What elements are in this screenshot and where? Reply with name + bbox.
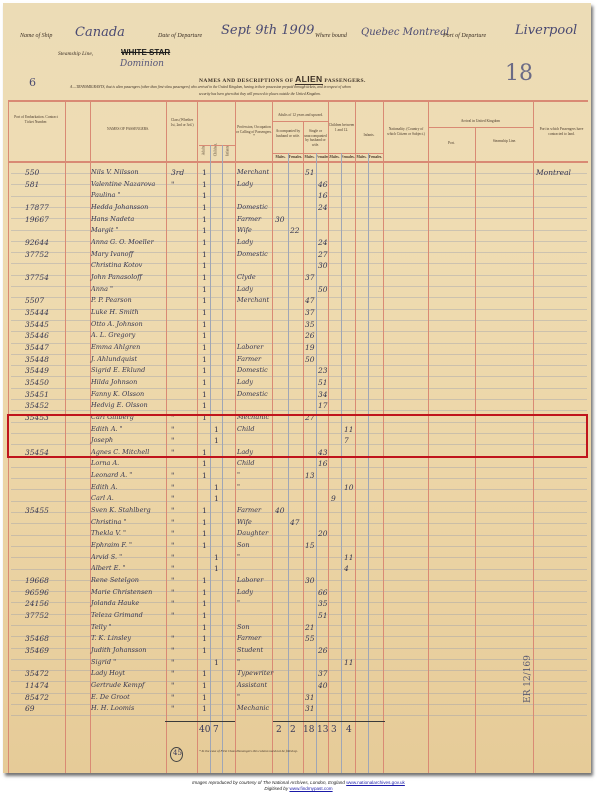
- cell-name: Sigrid ": [91, 657, 166, 668]
- cell-port_land: [536, 563, 586, 574]
- cell-sm: [305, 179, 316, 190]
- steamship-line-label: Steamship Line,: [58, 51, 93, 57]
- cell-name: Thekla V. ": [91, 528, 166, 539]
- cell-occ: Domestic: [237, 202, 273, 213]
- cell-cf: [344, 249, 355, 260]
- cell-af: 22: [290, 225, 303, 236]
- cell-sm: [305, 610, 316, 621]
- cell-sm: 31: [305, 703, 316, 714]
- cell-name: J. Ahlundquist: [91, 354, 166, 365]
- cell-occ: Farmer: [237, 214, 273, 225]
- circled-mark: 45: [170, 747, 183, 762]
- cell-cf: [344, 330, 355, 341]
- cell-sf: 24: [318, 202, 328, 213]
- cell-c: [214, 214, 222, 225]
- cell-cm: [331, 668, 341, 679]
- cell-cf: [344, 272, 355, 283]
- total-acc-female: 2: [290, 725, 296, 735]
- cell-af: [290, 400, 303, 411]
- cell-af: [290, 552, 303, 563]
- cell-c: [214, 470, 222, 481]
- cell-sm: [305, 237, 316, 248]
- cell-cls: ": [171, 703, 195, 714]
- cell-sm: [305, 505, 316, 516]
- cell-af: 47: [290, 517, 303, 528]
- cell-cls: ": [171, 668, 195, 679]
- cell-i: [226, 214, 234, 225]
- table-row: 35448J. Ahlundquist1Farmer50: [3, 354, 579, 365]
- cell-sf: [318, 692, 328, 703]
- cell-af: [290, 645, 303, 656]
- rule: [428, 127, 533, 128]
- cell-name: Hilda Johnson: [91, 377, 166, 388]
- total-acc-male: 2: [276, 725, 282, 735]
- cell-sm: [305, 517, 316, 528]
- footnote: * In the case of First Class Passengers …: [199, 749, 298, 753]
- cell-a: 1: [202, 342, 210, 353]
- cell-i: [226, 249, 234, 260]
- cell-am: [275, 167, 288, 178]
- cell-occ: [237, 610, 273, 621]
- cell-sm: [305, 680, 316, 691]
- cell-cls: [171, 225, 195, 236]
- table-row: Carl A."19: [3, 493, 579, 504]
- cell-port_land: [536, 680, 586, 691]
- col-adults-group-header: Adults of 12 years and upward.: [273, 113, 328, 118]
- title-pre: NAMES AND DESCRIPTIONS OF: [199, 78, 293, 84]
- cell-occ: [237, 563, 273, 574]
- cell-i: [226, 342, 234, 353]
- cell-cm: [331, 377, 341, 388]
- cell-i: [226, 680, 234, 691]
- table-row: 35469Judith Johansson"1Student26: [3, 645, 579, 656]
- cell-am: [275, 365, 288, 376]
- cell-i: [226, 377, 234, 388]
- table-row: 35452Hedvig E. Olsson117: [3, 400, 579, 411]
- cell-am: [275, 272, 288, 283]
- cell-a: 1: [202, 622, 210, 633]
- highlight-box: [7, 414, 588, 458]
- total-children: 7: [213, 725, 219, 735]
- cell-a: [202, 493, 210, 504]
- cell-af: [290, 249, 303, 260]
- cell-cm: 9: [331, 493, 341, 504]
- cell-a: 1: [202, 295, 210, 306]
- col-accompanied-header: Accompanied by husband or wife.: [273, 129, 303, 138]
- cell-occ: [237, 307, 273, 318]
- totals-rule-left: [165, 721, 235, 722]
- cell-c: [214, 249, 222, 260]
- cell-i: [226, 610, 234, 621]
- cell-cm: [331, 470, 341, 481]
- cell-occ: Student: [237, 645, 273, 656]
- cell-name: Hans Nadeta: [91, 214, 166, 225]
- cell-occ: ": [237, 692, 273, 703]
- margin-note: ER 12/169: [523, 655, 533, 703]
- cell-occ: [237, 400, 273, 411]
- cell-cm: [331, 587, 341, 598]
- cell-port_land: [536, 272, 586, 283]
- cell-i: [226, 330, 234, 341]
- cell-a: 1: [202, 284, 210, 295]
- cell-cm: [331, 389, 341, 400]
- cell-cls: [171, 214, 195, 225]
- col-single-header: Single or unaccompanied by husband or wi…: [303, 129, 328, 147]
- cell-cf: [344, 587, 355, 598]
- cell-i: [226, 470, 234, 481]
- cell-cf: [344, 598, 355, 609]
- cell-i: [226, 307, 234, 318]
- port-departure-label: Port of Departure: [443, 33, 486, 39]
- credit-text: Images reproduced by courtesy of The Nat…: [192, 780, 345, 785]
- cell-cls: ": [171, 610, 195, 621]
- cell-a: 1: [202, 214, 210, 225]
- cell-port_land: [536, 354, 586, 365]
- cell-sm: [305, 563, 316, 574]
- table-row: Edith A."1"10: [3, 482, 579, 493]
- cell-af: [290, 598, 303, 609]
- cell-ticket: [25, 552, 63, 563]
- cell-c: [214, 377, 222, 388]
- cell-i: [226, 552, 234, 563]
- cell-af: [290, 260, 303, 271]
- cell-ticket: 550: [25, 167, 63, 178]
- cell-cf: 11: [344, 657, 355, 668]
- cell-name: E. De Groot: [91, 692, 166, 703]
- cell-port_land: [536, 237, 586, 248]
- cell-cm: [331, 517, 341, 528]
- cell-sf: [318, 482, 328, 493]
- cell-ticket: [25, 482, 63, 493]
- cell-name: Christina ": [91, 517, 166, 528]
- table-header-bottom-rule: [8, 161, 588, 163]
- single-female-header: Females.: [316, 155, 328, 160]
- cell-sm: 31: [305, 692, 316, 703]
- cell-name: Edith A.: [91, 482, 166, 493]
- cell-occ: [237, 260, 273, 271]
- bound-label: Where bound: [315, 33, 347, 39]
- cell-cf: [344, 389, 355, 400]
- cell-port_land: [536, 225, 586, 236]
- cell-cls: ": [171, 528, 195, 539]
- cell-cls: [171, 365, 195, 376]
- cell-sf: 50: [318, 284, 328, 295]
- cell-am: [275, 563, 288, 574]
- cell-cm: [331, 365, 341, 376]
- cell-cls: [171, 272, 195, 283]
- cell-sf: 17: [318, 400, 328, 411]
- cell-af: [290, 505, 303, 516]
- cell-a: 1: [202, 202, 210, 213]
- cell-name: Jolanda Hauke: [91, 598, 166, 609]
- cell-sf: [318, 295, 328, 306]
- table-row: 581Valentine Nazarova"1Lady46: [3, 179, 579, 190]
- cell-cm: [331, 330, 341, 341]
- cell-c: [214, 400, 222, 411]
- cell-sm: 37: [305, 307, 316, 318]
- cell-af: [290, 307, 303, 318]
- cell-cm: [331, 284, 341, 295]
- cell-cm: [331, 703, 341, 714]
- col-children-group-header: Children between 1 and 12.: [328, 123, 355, 132]
- document-title: NAMES AND DESCRIPTIONS OF ALIEN PASSENGE…: [199, 74, 366, 84]
- cell-port_land: [536, 668, 586, 679]
- cell-sm: [305, 458, 316, 469]
- cell-i: [226, 179, 234, 190]
- cell-cf: 11: [344, 552, 355, 563]
- cell-a: 1: [202, 330, 210, 341]
- cell-af: [290, 703, 303, 714]
- cell-ticket: 35449: [25, 365, 63, 376]
- cell-port_land: [536, 295, 586, 306]
- cell-sf: [318, 622, 328, 633]
- cell-occ: [237, 190, 273, 201]
- cell-i: [226, 493, 234, 504]
- cell-name: Arvid S. ": [91, 552, 166, 563]
- cell-c: [214, 598, 222, 609]
- cell-sm: [305, 214, 316, 225]
- cell-am: [275, 260, 288, 271]
- cell-name: Hedvig E. Olsson: [91, 400, 166, 411]
- cell-am: [275, 680, 288, 691]
- infant-female-header: Females.: [368, 155, 383, 160]
- cell-occ: Assistant: [237, 680, 273, 691]
- cell-cm: [331, 575, 341, 586]
- cell-c: [214, 295, 222, 306]
- cell-am: [275, 284, 288, 295]
- cell-c: [214, 528, 222, 539]
- cell-ticket: 35469: [25, 645, 63, 656]
- cell-cm: [331, 214, 341, 225]
- cell-af: [290, 190, 303, 201]
- cell-occ: [237, 330, 273, 341]
- cell-cf: [344, 633, 355, 644]
- cell-sm: [305, 389, 316, 400]
- cell-occ: Mechanic: [237, 703, 273, 714]
- cell-occ: Typewriter: [237, 668, 273, 679]
- totals-rule-right: [273, 721, 385, 722]
- cell-occ: ": [237, 470, 273, 481]
- cell-c: [214, 225, 222, 236]
- cell-cf: [344, 692, 355, 703]
- cell-c: [214, 610, 222, 621]
- cell-i: [226, 389, 234, 400]
- cell-port_land: [536, 249, 586, 260]
- cell-ticket: [25, 190, 63, 201]
- cell-sf: 35: [318, 598, 328, 609]
- cell-name: Ephraim F. ": [91, 540, 166, 551]
- cell-sm: [305, 598, 316, 609]
- cell-cm: [331, 458, 341, 469]
- credit-footer: Images reproduced by courtesy of The Nat…: [0, 780, 597, 792]
- cell-cf: [344, 505, 355, 516]
- col-profession-header: Profession, Occupation or Calling of Pas…: [236, 125, 272, 139]
- cell-sf: 46: [318, 179, 328, 190]
- cell-cls: [171, 307, 195, 318]
- cell-occ: [237, 319, 273, 330]
- cell-i: [226, 458, 234, 469]
- cell-port_land: [536, 633, 586, 644]
- col-children-header: Children.: [214, 144, 219, 156]
- cell-cls: [171, 260, 195, 271]
- cell-name: Albert E. ": [91, 563, 166, 574]
- cell-af: [290, 354, 303, 365]
- cell-occ: Domestic: [237, 389, 273, 400]
- cell-sf: 26: [318, 645, 328, 656]
- cell-cf: [344, 400, 355, 411]
- departure-date: Sept 9th 1909: [221, 23, 314, 38]
- cell-a: [202, 552, 210, 563]
- table-row: 35472Lady Hoyt"1Typewriter37: [3, 668, 579, 679]
- cell-port_land: [536, 657, 586, 668]
- cell-af: [290, 587, 303, 598]
- cell-name: Fanny K. Olsson: [91, 389, 166, 400]
- total-single-male: 18: [303, 725, 314, 735]
- cell-cm: [331, 190, 341, 201]
- cell-sf: [318, 493, 328, 504]
- cell-c: [214, 517, 222, 528]
- cell-occ: Merchant: [237, 295, 273, 306]
- table-row: 69H. H. Loomis"1Mechanic31: [3, 703, 579, 714]
- cell-cf: [344, 610, 355, 621]
- departure-label: Date of Departure: [158, 33, 202, 39]
- cell-cf: [344, 493, 355, 504]
- cell-i: [226, 260, 234, 271]
- cell-cm: [331, 505, 341, 516]
- cell-name: Judith Johansson: [91, 645, 166, 656]
- col-adults-header: Adults.: [202, 145, 207, 155]
- cell-cls: [171, 202, 195, 213]
- cell-i: [226, 633, 234, 644]
- cell-i: [226, 237, 234, 248]
- cell-c: [214, 622, 222, 633]
- cell-ticket: 85472: [25, 692, 63, 703]
- cell-i: [226, 225, 234, 236]
- cell-c: [214, 167, 222, 178]
- cell-af: [290, 657, 303, 668]
- cell-cf: [344, 307, 355, 318]
- cell-ticket: [25, 528, 63, 539]
- cell-af: [290, 319, 303, 330]
- table-row: Margit "1Wife22: [3, 225, 579, 236]
- table-row: 19667Hans Nadeta1Farmer30: [3, 214, 579, 225]
- cell-af: [290, 458, 303, 469]
- cell-ticket: [25, 622, 63, 633]
- cell-sf: 40: [318, 680, 328, 691]
- cell-sm: 19: [305, 342, 316, 353]
- cell-sf: 30: [318, 260, 328, 271]
- cell-ticket: 35447: [25, 342, 63, 353]
- cell-af: [290, 237, 303, 248]
- cell-am: [275, 633, 288, 644]
- cell-sm: [305, 190, 316, 201]
- cell-name: Anna ": [91, 284, 166, 295]
- digitised-link[interactable]: www.findmypast.com: [289, 786, 332, 791]
- cell-cf: [344, 517, 355, 528]
- table-row: Thekla V. ""1Daughter20: [3, 528, 579, 539]
- cell-cf: [344, 342, 355, 353]
- cell-cf: [344, 680, 355, 691]
- cell-sf: 66: [318, 587, 328, 598]
- credit-link[interactable]: www.nationalarchives.gov.uk: [346, 780, 405, 785]
- cell-a: [202, 563, 210, 574]
- cell-occ: Lady: [237, 587, 273, 598]
- cell-am: [275, 668, 288, 679]
- cell-c: [214, 330, 222, 341]
- cell-am: [275, 389, 288, 400]
- cell-sm: 30: [305, 575, 316, 586]
- cell-i: [226, 272, 234, 283]
- cell-name: Marie Christensen: [91, 587, 166, 598]
- cell-am: [275, 540, 288, 551]
- cell-ticket: [25, 493, 63, 504]
- cell-a: 1: [202, 190, 210, 201]
- cell-cm: [331, 167, 341, 178]
- cell-cm: [331, 354, 341, 365]
- cell-ticket: [25, 284, 63, 295]
- single-male-header: Males.: [303, 155, 316, 160]
- cell-af: [290, 622, 303, 633]
- cell-occ: Farmer: [237, 354, 273, 365]
- cell-a: 1: [202, 354, 210, 365]
- cell-sm: [305, 587, 316, 598]
- cell-ticket: 35472: [25, 668, 63, 679]
- cell-a: 1: [202, 528, 210, 539]
- table-row: 5507P. P. Pearson1Merchant47: [3, 295, 579, 306]
- cell-ticket: 35444: [25, 307, 63, 318]
- cell-ticket: 35446: [25, 330, 63, 341]
- cell-a: 1: [202, 249, 210, 260]
- cell-cf: [344, 202, 355, 213]
- cell-sm: 51: [305, 167, 316, 178]
- cell-cls: [171, 458, 195, 469]
- cell-cf: [344, 225, 355, 236]
- cell-i: [226, 540, 234, 551]
- cell-am: [275, 528, 288, 539]
- cell-cm: [331, 540, 341, 551]
- cell-a: 1: [202, 389, 210, 400]
- cell-cm: [331, 342, 341, 353]
- cell-c: [214, 319, 222, 330]
- cell-cm: [331, 225, 341, 236]
- cell-c: [214, 505, 222, 516]
- cell-port_land: [536, 400, 586, 411]
- col-infants-group-header: Infants.: [355, 133, 383, 138]
- cell-af: [290, 389, 303, 400]
- cell-i: [226, 284, 234, 295]
- cell-sm: [305, 249, 316, 260]
- cell-a: 1: [202, 377, 210, 388]
- cell-ticket: 69: [25, 703, 63, 714]
- cell-sm: 13: [305, 470, 316, 481]
- cell-cf: [344, 575, 355, 586]
- cell-cf: [344, 703, 355, 714]
- table-row: Albert E. ""14: [3, 563, 579, 574]
- cell-cls: [171, 342, 195, 353]
- col-infants-header: Infants.: [226, 144, 231, 156]
- cell-cls: ": [171, 482, 195, 493]
- cell-a: 1: [202, 260, 210, 271]
- cell-am: [275, 610, 288, 621]
- child-female-header: Females.: [341, 155, 355, 160]
- table-row: 92644Anna G. O. Moeller1Lady24: [3, 237, 579, 248]
- infant-male-header: Males.: [355, 155, 368, 160]
- cell-ticket: 92644: [25, 237, 63, 248]
- title-alien: ALIEN: [295, 74, 323, 85]
- cell-am: [275, 517, 288, 528]
- cell-cf: [344, 668, 355, 679]
- cell-port_land: [536, 470, 586, 481]
